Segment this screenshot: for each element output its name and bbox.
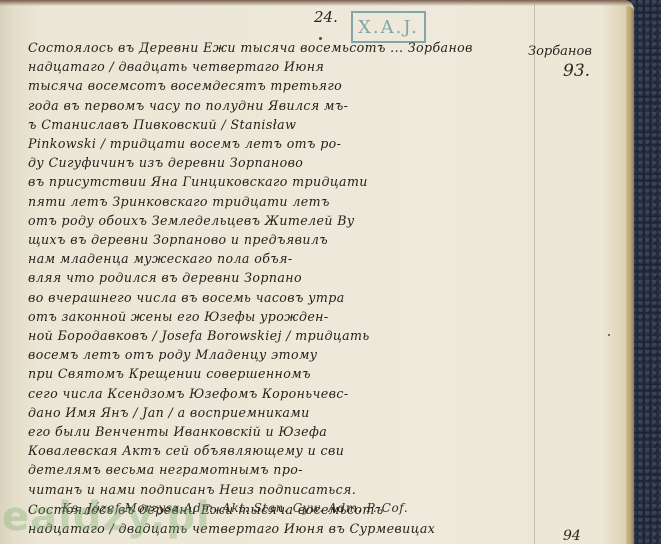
record-body: Состоялось въ Деревни Ежи тысяча восемьс… — [28, 38, 538, 518]
paper-speck — [608, 334, 610, 336]
record-line: сего числа Ксендзомъ Юзефомъ Короньчевс- — [28, 384, 538, 403]
record-line: ной Бородавковъ / Josefa Borowskiej / тр… — [28, 326, 538, 345]
page-top-shadow — [0, 0, 634, 6]
site-watermark: ealdzy.pl — [2, 494, 211, 540]
record-number: 93. — [563, 61, 634, 81]
record-line: ду Сигуфичинъ изъ деревни Зорпаново — [28, 153, 538, 172]
record-line: во вчерашнего числа въ восемь часовъ утр… — [28, 288, 538, 307]
page-number: 24. — [314, 8, 338, 26]
next-record-number: 94 — [563, 528, 581, 544]
record-line: пяти летъ Зринковскаго тридцати летъ — [28, 192, 538, 211]
record-line: Состоялось въ Деревни Ежи тысяча восемьс… — [28, 38, 538, 57]
paper-speck — [319, 37, 322, 40]
record-line: отъ законной жены его Юзефы урожден- — [28, 307, 538, 326]
record-line: Pinkowski / тридцати восемъ летъ отъ ро- — [28, 134, 538, 153]
record-line: восемъ летъ отъ роду Младенцу этому — [28, 345, 538, 364]
record-line: при Святомъ Крещении совершенномъ — [28, 364, 538, 383]
record-line: тысяча восемсотъ восемдесятъ третьяго — [28, 76, 538, 95]
record-line: детелямъ весьма неграмотнымъ про- — [28, 460, 538, 479]
record-line: вляя что родился въ деревни Зорпано — [28, 268, 538, 287]
record-line: надцатаго / двадцать четвертаго Июня — [28, 57, 538, 76]
record-line: его были Венченты Иванковскій и Юзефа — [28, 422, 538, 441]
record-line: дано Имя Янъ / Jan / а восприемниками — [28, 403, 538, 422]
margin-surname: Зорбанов — [528, 44, 634, 59]
record-line: отъ роду обоихъ Земледельцевъ Жителей Ву — [28, 211, 538, 230]
margin-note: Зорбанов 93. — [528, 44, 634, 81]
record-line: въ присутствии Яна Гинциковскаго тридцат… — [28, 172, 538, 191]
record-line: Ковалевская Актъ сей объявляющему и сви — [28, 441, 538, 460]
record-line: ъ Станиславъ Пивковский / Stanisław — [28, 115, 538, 134]
record-line: года въ первомъ часу по полудни Явился м… — [28, 96, 538, 115]
record-line: нам младенца мужескаго пола объя- — [28, 249, 538, 268]
register-page: 24. X.A.J. Зорбанов 93. Состоялось въ Де… — [0, 0, 634, 544]
record-line: щихъ въ деревни Зорпаново и предъявилъ — [28, 230, 538, 249]
page-edge — [626, 6, 634, 544]
book-binding-cloth — [631, 0, 661, 544]
